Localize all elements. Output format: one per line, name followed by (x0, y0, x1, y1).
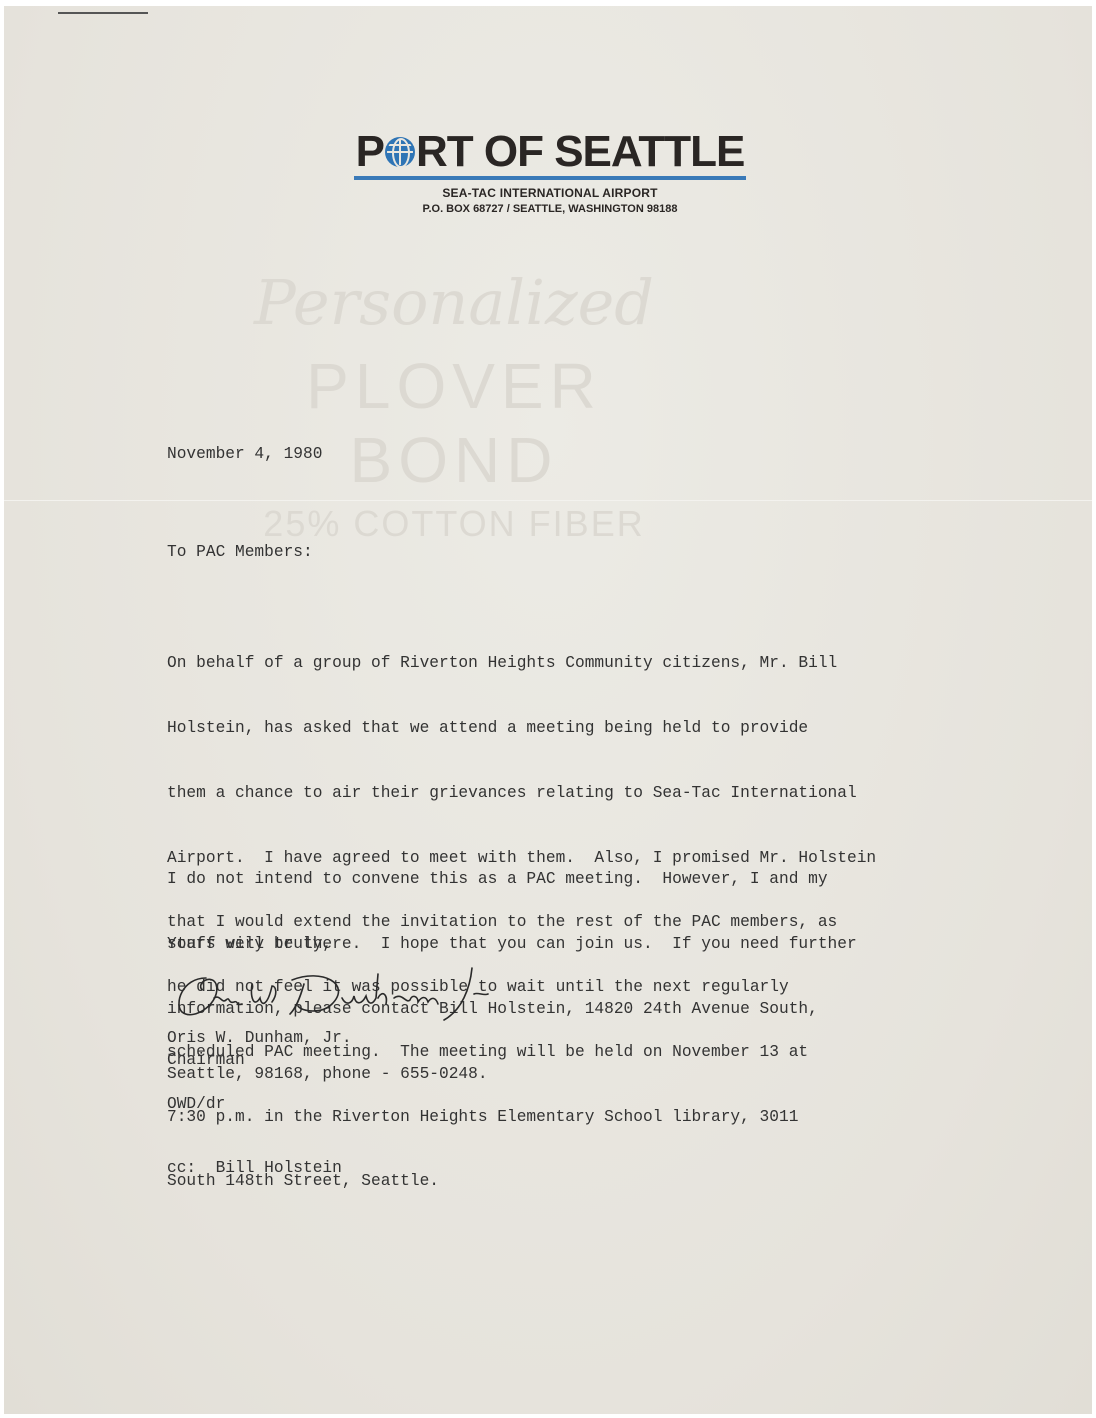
paragraph-line: On behalf of a group of Riverton Heights… (167, 653, 876, 675)
handwritten-signature: Oris W. Dunham Jr. (172, 964, 512, 1026)
paragraph-line: Seattle, 98168, phone - 655-0248. (167, 1064, 857, 1086)
letterhead: P RT OF SEATTLE SEA-TAC INTERNATIONAL AI… (350, 130, 750, 215)
paper-watermark: Personalized PLOVER BOND 25% COTTON FIBE… (204, 266, 704, 545)
letter-closing: Yours very truly, (167, 934, 332, 956)
watermark-line-2: PLOVER BOND (204, 349, 704, 497)
watermark-line-3: 25% COTTON FIBER (204, 503, 704, 545)
letter-page: Personalized PLOVER BOND 25% COTTON FIBE… (4, 6, 1092, 1414)
typist-initials: OWD/dr (167, 1094, 225, 1116)
logo-prefix: P (356, 130, 384, 174)
letter-salutation: To PAC Members: (167, 542, 313, 564)
paragraph-line: them a chance to air their grievances re… (167, 783, 876, 805)
letterhead-subtitle: SEA-TAC INTERNATIONAL AIRPORT (350, 186, 750, 200)
signer-name: Oris W. Dunham, Jr. (167, 1028, 352, 1050)
carbon-copy: cc: Bill Holstein (167, 1158, 342, 1180)
letter-date: November 4, 1980 (167, 444, 322, 466)
paper-fold-line (4, 500, 1092, 501)
signer-title: Chairman (167, 1050, 245, 1072)
watermark-line-1: Personalized (204, 266, 704, 339)
paragraph-line: I do not intend to convene this as a PAC… (167, 869, 857, 891)
globe-icon (385, 137, 415, 167)
letterhead-address: P.O. BOX 68727 / SEATTLE, WASHINGTON 981… (350, 203, 750, 215)
logo-suffix: RT OF SEATTLE (416, 130, 744, 174)
logo-underline (354, 176, 746, 180)
port-of-seattle-logo: P RT OF SEATTLE (350, 130, 750, 174)
paragraph-line: Holstein, has asked that we attend a mee… (167, 718, 876, 740)
page-edge-mark (58, 12, 148, 14)
